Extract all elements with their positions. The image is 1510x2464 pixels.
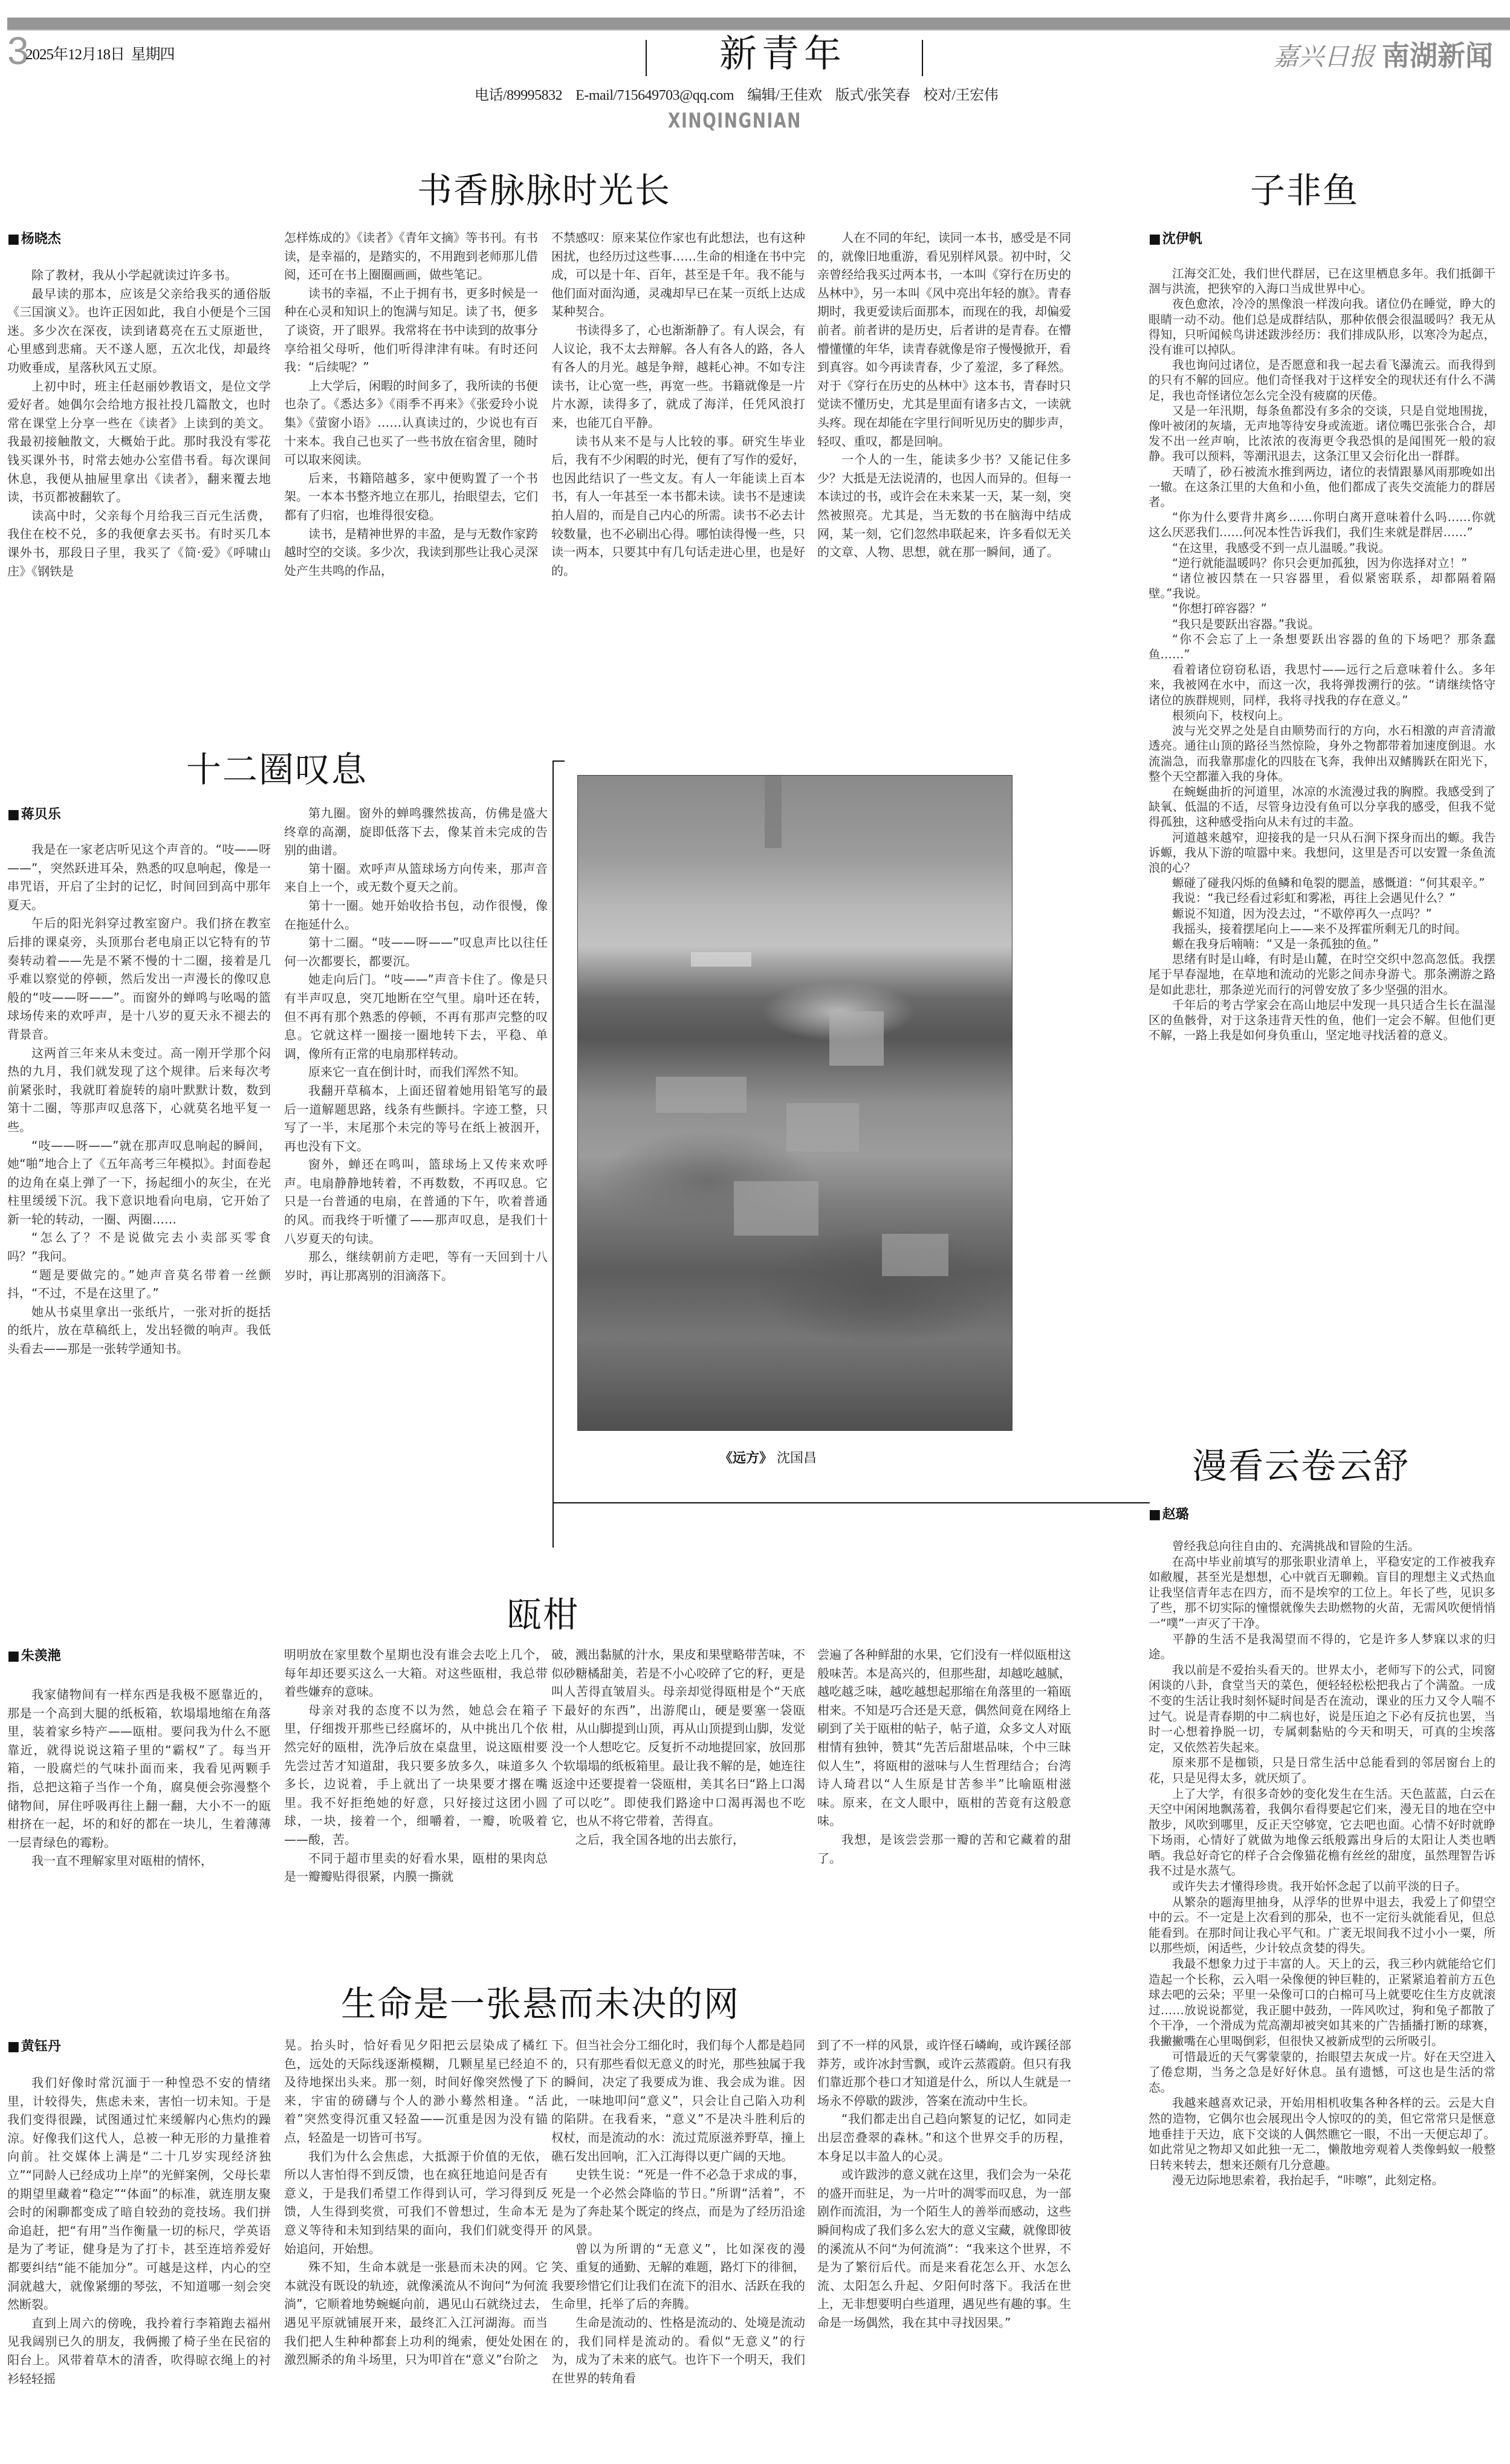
paragraph: 一个人的一生，能读多少书？又能记住多少？大抵是无法说清的，也因人而异的。但每一本… [817,450,1071,562]
paragraph: 我说：“我已经看过彩虹和雾凇，再往上会遇见什么？” [1149,890,1495,906]
article-title-shierquan: 十二圈叹息 [186,741,368,792]
paragraph: 不同于超市里卖的好看水果，瓯柑的果肉总是一瓣瓣贴得很紧，内膜一撕就 [284,1849,548,1886]
painting-frame-corner [552,760,565,762]
header-top-bar [7,18,1510,31]
paragraph: 窗外，蝉还在鸣叫，篮球场上又传来欢呼声。电扇静静地转着，不再数数，不再叹息。它只… [284,1155,548,1248]
paragraph: 夜色愈浓，冷冷的黑像浪一样泼向我。诸位仍在睡觉，睁大的眼睛一动不动。他们总是成群… [1149,296,1495,357]
paragraph: 我想，是该尝尝那一瓣的苦和它藏着的甜了。 [817,1830,1071,1867]
contact-line: 电话/89995832E-mail/715649703@qq.com编辑/王佳欢… [475,83,1011,104]
masthead-divider-right [922,40,923,76]
paragraph: 看着诸位窃窃私语，我思忖——远行之后意味着什么。多年来，我被网在水中，而这一次，… [1149,662,1495,708]
paragraph: “怎么了？不是说做完去小卖部买零食吗？”我问。 [7,1228,271,1265]
paragraph: “在这里，我感受不到一点儿温暖。”我说。 [1149,540,1495,556]
article-title-zifeiyu: 子非鱼 [1250,162,1359,213]
paragraph: 第十二圈。“吱——呀——”叹息声比以往任何一次都要长，都要沉。 [284,933,548,970]
article-column: 第九圈。窗外的蝉鸣骤然拔高，仿佛是盛大终章的高潮，旋即低落下去，像某首未完成的告… [284,804,548,1390]
section-pinyin: XINQINGNIAN [668,109,802,133]
paragraph: 漫无边际地思索着，我抬起手，“咔嚓”，此刻定格。 [1149,2173,1495,2188]
painting-house [656,1077,747,1113]
article-column: 曾经我总向往自由的、充满挑战和冒险的生活。在高中毕业前填写的那张职业清单上，平稳… [1149,1538,1495,2439]
paragraph: 我以前是不爱抬头看天的。世界太小，老师写下的公式，同窗闲谈的八卦，食堂当天的菜色… [1149,1662,1495,1756]
brand-logo-script: 嘉兴日报 [1273,37,1375,73]
paragraph: 人在不同的年纪，读同一本书，感受是不同的，就像旧地重游，看见别样风景。初中时，父… [817,229,1071,450]
section-masthead: 新青年 [665,35,901,73]
painting-house [786,1103,859,1152]
brand-name: 南湖新闻 [1382,34,1493,74]
paragraph: 殊不知，生命本就是一张悬而未决的网。它本就没有既设的轨迹，就像溪流从不询问“为何… [284,2258,548,2369]
paragraph: “逆行就能温暖吗？你只会更加孤独，因为你选择对立！” [1149,556,1495,571]
paragraph: 根须向下，枝杈向上。 [1149,708,1495,723]
paragraph: 又是一年汛期，每条鱼都没有多余的交谈，只是自觉地围拢，像叶被闭的灰墙，无声地等待… [1149,403,1495,464]
paragraph: 书读得多了，心也渐渐静了。有人误会，有人议论，我不太去辩解。各人有各人的路，各人… [551,321,805,432]
article-author-shuxiang: 杨晓杰 [7,229,61,247]
article-column: 明明放在家里数个星期也没有谁会去吃上几个，每年却还要买这么一大箱。对这些瓯柑，我… [284,1645,548,1891]
article-column: 尝遍了各种鲜甜的水果，它们没有一样似瓯柑这般味苦。本是高兴的，但那些甜，却越吃越… [817,1645,1071,1891]
paragraph: 我摇头，接着摆尾向上——来不及挥霍所剩无几的时间。 [1149,921,1495,936]
paragraph: “你不会忘了上一条想要跃出容器的鱼的下场吧？那条蠢鱼……” [1149,632,1495,662]
issue-date: 2025年12月18日 星期四 [25,42,175,64]
article-column: 怎样炼成的》《读者》《青年文摘》等书刊。有书读，是幸福的，是踏实的，不用跑到老师… [284,229,538,653]
painting-ship [691,952,751,967]
article-column: 我家储物间有一样东西是我极不愿靠近的，那是一个高到大腿的纸板箱，软塌塌地缩在角落… [7,1685,271,1891]
paragraph: 上初中时，班主任赵丽妙教语文，是位文学爱好者。她偶尔会给地方报社投几篇散文，也时… [7,377,271,507]
article-author-shengming: 黄钰丹 [7,2036,61,2055]
proofreader-credit: 校对/王宏伟 [923,88,998,103]
article-author-ougan: 朱羡滟 [7,1645,61,1664]
paragraph: 可惜最近的天气雾蒙蒙的，抬眼望去灰成一片。好在天空进入了倦怠期，当务之急是好好休… [1149,2049,1495,2096]
article-column: 江海交汇处，我们世代群居，已在这里栖息多年。我们抵御干涸与洪流，把狭窄的入海口当… [1149,266,1495,1451]
paragraph: 在蜿蜒曲折的河道里，冰凉的水流漫过我的胸膛。我感受到了缺氧、低温的不适，尽管身边… [1149,784,1495,830]
paragraph: 读书，是精神世界的丰盈，是与无数作家跨越时空的交谈。多少次，我读到那些让我心灵深… [284,525,538,580]
paragraph: 之后，我全国各地的出去旅行， [551,1830,805,1849]
paragraph: 曾以为所谓的“无意义”，比如深夜的漫笑、重复的通勤、无解的难题，路灯下的徘徊，我… [551,2240,805,2313]
paragraph: “题是要做完的。”她声音莫名带着一丝颤抖，“不过，不是在这里了。” [7,1266,271,1303]
paragraph: 不禁感叹：原来某位作家也有此想法，也有这种困扰，也经历过这些事……生命的相逢在书… [551,229,805,321]
paragraph: “我只是要跃出容器。”我说。 [1149,617,1495,632]
paragraph: 我越来越喜欢记录，开始用相机收集各种各样的云。云是大自然的造物，它偶尔也会展现出… [1149,2095,1495,2173]
paragraph: 或许失去才懂得珍贵。我开始怀念起了以前平淡的日子。 [1149,1879,1495,1895]
paragraph: 这两首三年来从未变过。高一刚开学那个闷热的九月，我们就发现了这个规律。后来每次考… [7,1044,271,1136]
paragraph: 思绪有时是山峰，有时是山麓，在时空交织中忽高忽低。我摆尾于早春湿地，在草地和流动… [1149,952,1495,997]
date-text: 2025年12月18日 [25,47,125,63]
article-author-shierquan: 蒋贝乐 [7,804,61,823]
painting-image [577,775,1013,1431]
paragraph: 或许跋涉的意义就在这里，我们会为一朵花的盛开而驻足，为一片叶的凋零而叹息，为一部… [817,2165,1071,2332]
paragraph: 她从书桌里拿出一张纸片，一张对折的挺括的纸片，放在草稿纸上，发出轻微的响声。我低… [7,1303,271,1358]
article-column: 人在不同的年纪，读同一本书，感受是不同的，就像旧地重游，看见别样风景。初中时，父… [817,229,1071,653]
painting-artist: 沈国昌 [777,1451,817,1466]
paragraph: 我翻开草稿本，上面还留着她用铅笔写的最后一道解题思路，线条有些颤抖。字迹工整，只… [284,1081,548,1155]
article-column: 不禁感叹：原来某位作家也有此想法，也有这种困扰，也经历过这些事……生命的相逢在书… [551,229,805,653]
masthead-divider-left [646,40,647,76]
paragraph: 最早读的那本，应该是父亲给我买的通俗版《三国演义》。也许正因如此，我自小便是个三… [7,285,271,377]
paragraph: 我们好像时常沉湎于一种惶恐不安的情绪里，计较得失，焦虑未来，害怕一切未知。于是我… [7,2073,271,2314]
painting-house [882,1234,948,1276]
paragraph: 怎样炼成的》《读者》《青年文摘》等书刊。有书读，是幸福的，是踏实的，不用跑到老师… [284,229,538,284]
paragraph: “我们都走出自己趋向繁复的记忆，如同走出层峦叠翠的森林。”和这个世界交手的历程，… [817,2110,1071,2165]
paragraph: 平静的生活不是我渴望而不得的，它是许多人梦寐以求的归途。 [1149,1632,1495,1662]
paragraph: 下。但当社会分工细化时，我们每个人都是趋同的，只有那些看似无意义的时光，那些独属… [551,2036,805,2165]
paragraph: 第九圈。窗外的蝉鸣骤然拔高，仿佛是盛大终章的高潮，旋即低落下去，像某首未完成的告… [284,804,548,860]
paragraph: 明明放在家里数个星期也没有谁会去吃上几个，每年却还要买这么一大箱。对这些瓯柑，我… [284,1645,548,1701]
article-title-manyun: 漫看云卷云舒 [1192,1438,1410,1488]
article-column: 破，溅出黏腻的汁水，果皮和果壁略带苦味，不似砂糖橘甜美，若是不小心咬碎了它的籽，… [551,1645,805,1891]
email: E-mail/715649703@qq.com [575,88,734,103]
paragraph: 她走向后门。“吱——”声音卡住了。像是只有半声叹息，突兀地断在空气里。扇叶还在转… [284,970,548,1063]
paragraph: 除了教材，我从小学起就读过许多书。 [7,266,271,285]
article-author-manyun: 赵璐 [1149,1504,1189,1523]
paragraph: 后来，书籍陪越多，家中便购置了一个书架。一本本书整齐地立在那儿，抬眼望去，它们都… [284,469,538,525]
paragraph: 破，溅出黏腻的汁水，果皮和果壁略带苦味，不似砂糖橘甜美，若是不小心咬碎了它的籽，… [551,1645,805,1830]
paragraph: 读高中时，父亲每个月给我三百元生活费，我住在校不兑，多的我便拿去买书。有时买几本… [7,507,271,580]
paragraph: 第十一圈。她开始收拾书包，动作很慢，像在拖延什么。 [284,896,548,933]
article-column: 下。但当社会分工细化时，我们每个人都是趋同的，只有那些看似无意义的时光，那些独属… [551,2036,805,2442]
paragraph: 我家储物间有一样东西是我极不愿靠近的，那是一个高到大腿的纸板箱，软塌塌地缩在角落… [7,1685,271,1852]
article-title-shuxiang: 书香脉脉时光长 [417,162,671,213]
article-column: 到了不一样的风景，或许怪石嶙峋，或许蹊径部莽芳，或许冰封雪飘，或许云蒸霞蔚。但只… [817,2036,1071,2442]
paragraph: 我是在一家老店听见这个声音的。“吱——呀——”，突然跃进耳朵，熟悉的叹息响起，像… [7,840,271,914]
paragraph: 读书的幸福，不止于拥有书，更多时候是一种在心灵和知识上的饱满与知足。读了书，便多… [284,284,538,377]
paragraph: 上了大学，有很多奇妙的变化发生在生活。天色蓝蓝，白云在天空中闲闲地飘荡着，我偶尔… [1149,1786,1495,1879]
painting-house [734,1181,818,1236]
painting-caption: 《远方》 沈国昌 [719,1448,817,1467]
painting-title: 《远方》 [719,1450,773,1466]
paragraph: 晃。抬头时，恰好看见夕阳把云层染成了橘红色，远处的天际线逐渐模糊，几颗星星已经迫… [284,2036,548,2147]
paragraph: 直到上周六的傍晚，我拎着行李箱跑去福州见我阔别已久的朋友，我俩搬了椅子坐在民宿的… [7,2314,271,2388]
paragraph: 从繁杂的题海里抽身，从浮华的世界中退去，我爱上了仰望空中的云。不一定是上次看到的… [1149,1895,1495,1956]
article-column: 除了教材，我从小学起就读过许多书。 最早读的那本，应该是父亲给我买的通俗版《三国… [7,266,271,653]
article-column: 我是在一家老店听见这个声音的。“吱——呀——”，突然跃进耳朵，熟悉的叹息响起，像… [7,840,271,1390]
article-title-ougan: 瓯柑 [507,1586,579,1637]
paragraph: 江海交汇处，我们世代群居，已在这里栖息多年。我们抵御干涸与洪流，把狭窄的入海口当… [1149,266,1495,296]
article-column: 我们好像时常沉湎于一种惶恐不安的情绪里，计较得失，焦虑未来，害怕一切未知。于是我… [7,2073,271,2442]
paragraph: 原来它一直在倒计时，而我们浑然不知。 [284,1063,548,1081]
painting-lighthouse [765,776,782,848]
paragraph: 原来那不是枷锁，只是日常生活中总能看到的邻居窗台上的花，只是见得太多，就厌烦了。 [1149,1755,1495,1786]
paragraph: “你想打碎容器？” [1149,601,1495,616]
painting-tower [829,1011,884,1066]
paragraph: 天晴了，砂石被流水推到两边，诸位的表情跟暴风雨那晚如出一辙。在这条江里的大鱼和小… [1149,464,1495,510]
paragraph: 千年后的考古学家会在高山地层中发现一具只适合生长在温湿区的鱼骸骨，对于这条违背天… [1149,997,1495,1043]
paragraph: “诸位被囚禁在一只容器里，看似紧密联系，却都隔着隔壁。”我说。 [1149,571,1495,601]
paragraph: 我一直不理解家里对瓯柑的情怀， [7,1852,271,1870]
article-title-shengming: 生命是一张悬而未决的网 [341,1976,740,2026]
weekday-text: 星期四 [131,47,175,63]
editor-credit: 编辑/王佳欢 [747,88,822,103]
section-divider [552,1502,1150,1503]
paragraph: 上大学后，闲暇的时间多了，我所读的书便也杂了。《悉达多》《雨季不再来》《张爱玲小… [284,377,538,469]
paragraph: 第十圈。欢呼声从篮球场方向传来，那声音来自上一个，或无数个夏天之前。 [284,860,548,896]
paragraph: 午后的阳光斜穿过教室窗户。我们挤在教室后排的课桌旁，头顶那台老电扇正以它特有的节… [7,914,271,1043]
article-author-zifeiyu: 沈伊帆 [1149,229,1202,247]
paragraph: 史铁生说：“死是一件不必急于求成的事，死是一个必然会降临的节日。”所谓“活着”，… [551,2165,805,2239]
paragraph: “你为什么要背井离乡……你明白离开意味着什么吗……你就这么厌恶我们……何况本性告… [1149,510,1495,540]
phone: 电话/89995832 [475,88,562,103]
paragraph: 在高中毕业前填写的那张职业清单上，平稳安定的工作被我弃如敝履，甚至光是想想，心中… [1149,1554,1495,1632]
paragraph: 我们为什么会焦虑，大抵源于价值的无依，所以人害怕得不到反馈，也在疯狂地追问是否有… [284,2147,548,2258]
painting-frame-left [552,762,554,1548]
article-column: 晃。抬头时，恰好看见夕阳把云层染成了橘红色，远处的天际线逐渐模糊，几颗星星已经迫… [284,2036,548,2442]
paragraph: 到了不一样的风景，或许怪石嶙峋，或许蹊径部莽芳，或许冰封雪飘，或许云蒸霞蔚。但只… [817,2036,1071,2110]
paragraph: 波与光交界之处是自由顺势而行的方向，水石相激的声音清澈透亮。通往山顶的路径当然惊… [1149,723,1495,784]
paragraph: 母亲对我的态度不以为然，她总会在箱子里，仔细拨开那些已经腐坏的，从中挑出几个依然… [284,1701,548,1849]
paragraph: 螈在我身后喃喃：“又是一条孤独的鱼。” [1149,936,1495,952]
paragraph: 螈碰了碰我闪烁的鱼鳞和龟裂的腮盖，感慨道：“何其艰辛。” [1149,875,1495,890]
paragraph: 螈说不知道，因为没去过，“不歇停再久一点吗？” [1149,906,1495,921]
paragraph: 读书从来不是与人比较的事。研究生毕业后，我有不少闲暇的时光，便有了写作的爱好，也… [551,432,805,580]
paragraph: 那么，继续朝前方走吧，等有一天回到十八岁时，再让那离别的泪滴落下。 [284,1248,548,1285]
paragraph: 尝遍了各种鲜甜的水果，它们没有一样似瓯柑这般味苦。本是高兴的，但那些甜，却越吃越… [817,1645,1071,1830]
paragraph: 河道越来越窄，迎接我的是一只从石涧下探身而出的螈。我告诉螈，我从下游的喧嚣中来。… [1149,830,1495,876]
paragraph: 曾经我总向往自由的、充满挑战和冒险的生活。 [1149,1538,1495,1554]
newspaper-brand: 嘉兴日报 南湖新闻 [1273,34,1493,74]
paragraph: 我也询问过诸位，是否愿意和我一起去看飞瀑流云。而我得到的只有不解的回应。他们奇怪… [1149,357,1495,403]
paragraph: 我最不想象力过于丰富的人。天上的云，我三秒内就能给它们造起一个长称，云入唱一朵像… [1149,1956,1495,2049]
paragraph: 生命是流动的、性格是流动的、处境是流动的，我们同样是流动的。看似“无意义”的行为… [551,2313,805,2387]
layout-credit: 版式/张笑春 [835,88,910,103]
paragraph: “吱——呀——”就在那声叹息响起的瞬间，她“啪”地合上了《五年高考三年模拟》。封… [7,1136,271,1229]
